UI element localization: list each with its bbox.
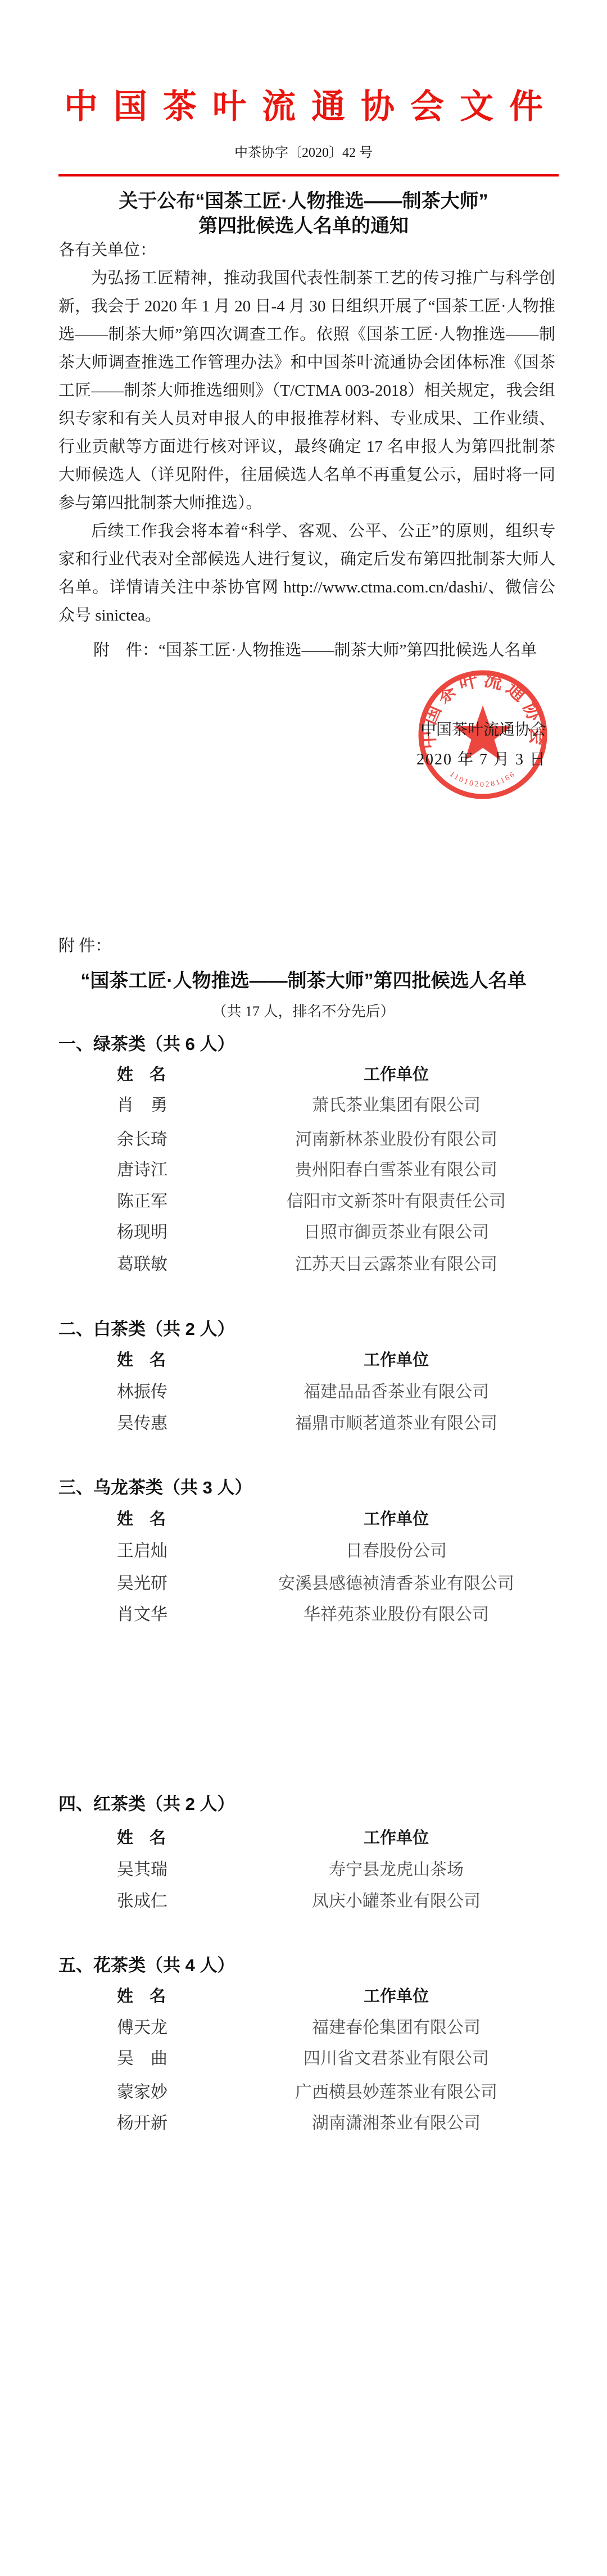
candidate-unit: 华祥苑茶业股份有限公司 [236, 1601, 556, 1629]
candidate-unit: 凤庆小罐茶业有限公司 [236, 1887, 556, 1916]
table-header: 姓 名 工作单位 [0, 1061, 607, 1089]
table-row: 吴 曲 四川省文君茶业有限公司 [0, 2045, 607, 2073]
candidate-unit: 贵州阳春白雪茶业有限公司 [236, 1156, 556, 1184]
table-row: 唐诗江 贵州阳春白雪茶业有限公司 [0, 1156, 607, 1184]
table-row: 傅天龙 福建春伦集团有限公司 [0, 2014, 607, 2042]
table-row: 葛联敏 江苏天目云露茶业有限公司 [0, 1251, 607, 1279]
section-heading-flower-tea: 五、花茶类（共 4 人） [58, 1954, 234, 1977]
table-row: 杨现明 日照市御贡茶业有限公司 [0, 1219, 607, 1247]
notice-body: 各有关单位： 为弘扬工匠精神，推动我国代表性制茶工艺的传习推广与科学创新，我会于… [58, 236, 555, 630]
document-page: 中国茶叶流通协会文件 中茶协字〔2020〕42 号 关于公布“国茶工匠·人物推选… [0, 0, 607, 2576]
table-row: 蒙家妙 广西横县妙莲茶业有限公司 [0, 2079, 607, 2107]
attachment-subtitle: （共 17 人，排名不分先后） [0, 1001, 607, 1022]
candidate-name: 吴 曲 [117, 2045, 167, 2073]
candidate-unit: 萧氏茶业集团有限公司 [236, 1092, 556, 1120]
col-header-unit: 工作单位 [236, 1346, 556, 1374]
col-header-unit: 工作单位 [236, 1505, 556, 1533]
candidate-name: 林振传 [117, 1378, 167, 1406]
candidate-name: 杨现明 [117, 1219, 167, 1247]
candidate-unit: 四川省文君茶业有限公司 [236, 2045, 556, 2073]
table-row: 吴其瑞 寿宁县龙虎山茶场 [0, 1856, 607, 1884]
section-heading-white-tea: 二、白茶类（共 2 人） [58, 1318, 234, 1341]
table-row: 吴光研 安溪县感德祯清香茶业有限公司 [0, 1570, 607, 1598]
candidate-unit: 江苏天目云露茶业有限公司 [236, 1251, 556, 1279]
candidate-unit: 湖南潇湘茶业有限公司 [236, 2109, 556, 2138]
col-header-name: 姓 名 [117, 1061, 166, 1089]
col-header-unit: 工作单位 [236, 1982, 556, 2011]
candidate-unit: 安溪县感德祯清香茶业有限公司 [236, 1570, 556, 1598]
candidate-name: 傅天龙 [117, 2014, 167, 2042]
doc-number: 中茶协字〔2020〕42 号 [0, 143, 607, 162]
section-heading-green-tea: 一、绿茶类（共 6 人） [58, 1033, 234, 1056]
candidate-name: 杨开新 [117, 2109, 167, 2138]
table-row: 肖 勇 萧氏茶业集团有限公司 [0, 1092, 607, 1120]
table-header: 姓 名 工作单位 [0, 1346, 607, 1374]
table-header: 姓 名 工作单位 [0, 1824, 607, 1852]
table-row: 张成仁 凤庆小罐茶业有限公司 [0, 1887, 607, 1916]
table-row: 肖文华 华祥苑茶业股份有限公司 [0, 1601, 607, 1629]
candidate-name: 唐诗江 [117, 1156, 167, 1184]
candidate-name: 吴光研 [117, 1570, 167, 1598]
table-row: 林振传 福建品品香茶业有限公司 [0, 1378, 607, 1406]
candidate-name: 肖 勇 [117, 1092, 167, 1120]
table-row: 吴传惠 福鼎市顺茗道茶业有限公司 [0, 1410, 607, 1438]
candidate-unit: 福建春伦集团有限公司 [236, 2014, 556, 2042]
table-header: 姓 名 工作单位 [0, 1982, 607, 2011]
candidate-unit: 日照市御贡茶业有限公司 [236, 1219, 556, 1247]
table-row: 余长琦 河南新林茶业股份有限公司 [0, 1126, 607, 1154]
signature-org: 中国茶叶流通协会 [416, 715, 546, 745]
candidate-name: 肖文华 [117, 1601, 167, 1629]
col-header-unit: 工作单位 [236, 1824, 556, 1852]
candidate-unit: 广西横县妙莲茶业有限公司 [236, 2079, 556, 2107]
col-header-unit: 工作单位 [236, 1061, 556, 1089]
red-divider-line [58, 174, 559, 176]
candidate-name: 王启灿 [117, 1537, 167, 1565]
candidate-name: 张成仁 [117, 1887, 167, 1916]
col-header-name: 姓 名 [117, 1982, 166, 2011]
candidate-unit: 信阳市文新茶叶有限责任公司 [236, 1188, 556, 1216]
section-heading-oolong-tea: 三、乌龙茶类（共 3 人） [58, 1477, 252, 1499]
candidate-name: 蒙家妙 [117, 2079, 167, 2107]
col-header-name: 姓 名 [117, 1824, 166, 1852]
section-heading-black-tea: 四、红茶类（共 2 人） [58, 1793, 234, 1816]
signature-block: 中国茶叶流通协会 2020 年 7 月 3 日 [416, 715, 546, 775]
table-header: 姓 名 工作单位 [0, 1505, 607, 1533]
table-row: 王启灿 日春股份公司 [0, 1537, 607, 1565]
notice-title-line1: 关于公布“国茶工匠·人物推选——制茶大师” [0, 189, 607, 214]
notice-title: 关于公布“国茶工匠·人物推选——制茶大师” 第四批候选人名单的通知 [0, 189, 607, 238]
candidate-name: 余长琦 [117, 1126, 167, 1154]
org-letterhead-title: 中国茶叶流通协会文件 [0, 84, 607, 129]
table-row: 杨开新 湖南潇湘茶业有限公司 [0, 2109, 607, 2138]
candidate-unit: 福鼎市顺茗道茶业有限公司 [236, 1410, 556, 1438]
attachment-title: “国茶工匠·人物推选——制茶大师”第四批候选人名单 [0, 968, 607, 993]
candidate-unit: 日春股份公司 [236, 1537, 556, 1565]
attachment-label: 附 件： [58, 932, 111, 960]
col-header-name: 姓 名 [117, 1505, 166, 1533]
signature-date: 2020 年 7 月 3 日 [416, 745, 546, 775]
col-header-name: 姓 名 [117, 1346, 166, 1374]
candidate-name: 陈正军 [117, 1188, 167, 1216]
candidate-unit: 福建品品香茶业有限公司 [236, 1378, 556, 1406]
table-row: 陈正军 信阳市文新茶叶有限责任公司 [0, 1188, 607, 1216]
candidate-name: 吴其瑞 [117, 1856, 167, 1884]
candidate-name: 葛联敏 [117, 1251, 167, 1279]
paragraph-1: 为弘扬工匠精神，推动我国代表性制茶工艺的传习推广与科学创新，我会于 2020 年… [58, 264, 555, 517]
paragraph-2: 后续工作我会将本着“科学、客观、公平、公正”的原则，组织专家和行业代表对全部候选… [58, 517, 555, 630]
candidate-unit: 河南新林茶业股份有限公司 [236, 1126, 556, 1154]
attachment-note-line: 附 件：“国茶工匠·人物推选——制茶大师”第四批候选人名单 [58, 636, 555, 664]
candidate-name: 吴传惠 [117, 1410, 167, 1438]
salutation: 各有关单位： [58, 236, 555, 264]
candidate-unit: 寿宁县龙虎山茶场 [236, 1856, 556, 1884]
notice-title-line2: 第四批候选人名单的通知 [0, 214, 607, 238]
